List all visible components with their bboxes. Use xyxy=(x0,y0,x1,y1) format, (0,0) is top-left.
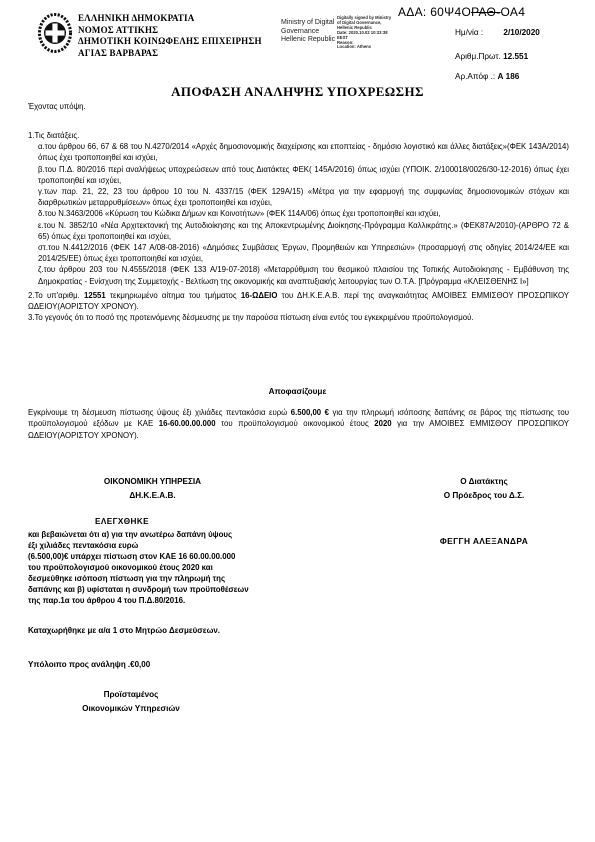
verification-line: έξι χιλιάδες πεντακόσια ευρώ xyxy=(28,540,338,551)
verification-line: δαπάνης και β) υφίσταται η συνδρομή των … xyxy=(28,584,338,595)
legal-list: 1.Τις διατάξεις. α.του άρθρου 66, 67 & 6… xyxy=(28,130,569,323)
verified-heading: ΕΛΕΓΧΘΗΚΕ xyxy=(95,517,149,526)
org-line: ΔΗΜΟΤΙΚΗ ΚΟΙΝΩΦΕΛΗΣ ΕΠΙΧΕΙΡΗΣΗ xyxy=(78,36,262,48)
balance-note: Υπόλοιπο προς ανάληψη .€0,00 xyxy=(28,660,150,669)
list-item-2: 2.Το υπ'αριθμ. 12551 τεκμηριωμένο αίτημα… xyxy=(28,290,569,312)
protocol-row: Αριθμ.Πρωτ. 12.551 xyxy=(455,52,528,61)
signer-role-line: Προϊσταμένος xyxy=(28,688,234,702)
ministry-stamp: Ministry of Digital Governance Hellenic … xyxy=(281,19,335,45)
ministry-stamp-line: Ministry of Digital xyxy=(281,19,335,28)
greek-emblem-icon xyxy=(37,12,73,54)
list-item: στ.του Ν.4412/2016 (ΦΕΚ 147 Α/08-08-2016… xyxy=(28,242,569,264)
digital-signature-text: Digitally signed by Ministry of Digital … xyxy=(337,16,409,50)
decision-number-value: Α 186 xyxy=(497,72,519,81)
page-title: ΑΠΟΦΑΣΗ ΑΝΑΛΗΨΗΣ ΥΠΟΧΡΕΩΣΗΣ xyxy=(0,84,595,100)
signer-role-line: Οικονομικών Υπηρεσιών xyxy=(28,702,234,716)
fiscal-year: 2020 xyxy=(374,419,391,428)
coat-of-arms-logo xyxy=(37,12,73,59)
digisig-line: Location: Athens xyxy=(337,45,409,50)
list-item: β.του Π.Δ. 80/2016 περί αναλήψεως υποχρε… xyxy=(28,164,569,186)
list-item: ζ.του άρθρου 203 του Ν.4555/2018 (ΦΕΚ 13… xyxy=(28,264,569,286)
list-item: α.του άρθρου 66, 67 & 68 του Ν.4270/2014… xyxy=(28,141,569,163)
ministry-stamp-line: Governance xyxy=(281,28,335,37)
ada-part: 60Ψ4Ο xyxy=(430,5,471,19)
decision-text: Εγκρίνουμε τη δέσμευση πίστωσης ύψους έξ… xyxy=(28,408,291,417)
protocol-label: Αριθμ.Πρωτ. xyxy=(455,52,501,61)
authorizing-officer-title: Ο Διατάκτης xyxy=(398,475,570,489)
verification-line: (6.500,00)€ υπάρχει πίστωση στον ΚΑΕ 16 … xyxy=(28,551,338,562)
ada-code: ΑΔΑ: 60Ψ4ΟΡΑΘ-ΟΑ4 xyxy=(398,5,525,19)
document-page: ΕΛΛΗΝΙΚΗ ΔΗΜΟΚΡΑΤΙΑ ΝΟΜΟΣ ΑΤΤΙΚΗΣ ΔΗΜΟΤΙ… xyxy=(0,0,595,842)
amount-value: 6.500,00 € xyxy=(291,408,329,417)
signer-name: ΦΕΓΓΗ ΑΛΕΞΑΝΔΡΑ xyxy=(398,536,570,546)
ministry-stamp-line: Hellenic Republic xyxy=(281,36,335,45)
date-value: 2/10/2020 xyxy=(503,28,539,37)
item2-text: τεκμηριωμένο αίτημα του τμήματος xyxy=(106,291,241,300)
item2-text: 2.Το υπ'αριθμ. xyxy=(28,291,84,300)
department-code: 16-ΩΔΕΙΟ xyxy=(241,291,278,300)
authorizing-officer-block: Ο Διατάκτης Ο Πρόεδρος του Δ.Σ. xyxy=(398,475,570,503)
decision-heading: Αποφασίζουμε xyxy=(0,387,595,396)
decision-number-label: Αρ.Απόφ .: xyxy=(455,72,495,81)
request-number: 12551 xyxy=(84,291,106,300)
protocol-value: 12.551 xyxy=(503,52,528,61)
org-line: ΕΛΛΗΝΙΚΗ ΔΗΜΟΚΡΑΤΙΑ xyxy=(78,13,262,25)
finance-dept-title: ΟΙΚΟΝΟΜΙΚΗ ΥΠΗΡΕΣΙΑ xyxy=(50,475,255,489)
decision-paragraph: Εγκρίνουμε τη δέσμευση πίστωσης ύψους έξ… xyxy=(28,407,569,441)
ada-part: ΟΑ4 xyxy=(501,5,526,19)
verification-line: του προϋπολογισμού οικονομικού έτους 202… xyxy=(28,562,338,573)
list-item-1-head: 1.Τις διατάξεις. xyxy=(28,130,569,141)
decision-text: του προϋπολογισμού οικονομικού έτους xyxy=(216,419,375,428)
finance-dept-subtitle: ΔΗ.Κ.Ε.Α.Β. xyxy=(50,489,255,503)
date-row: Ημ/νία : 2/10/2020 xyxy=(455,28,540,37)
intro-text: Έχοντας υπόψη. xyxy=(28,102,86,111)
org-line: ΑΓΙΑΣ ΒΑΡΒΑΡΑΣ xyxy=(78,48,262,60)
ada-struck-part: ΡΑΘ- xyxy=(471,5,500,19)
verification-line: και βεβαιώνεται ότι α) για την ανωτέρω δ… xyxy=(28,529,338,540)
registration-note: Καταχωρήθηκε με α/α 1 στο Μητρώο Δεσμεύσ… xyxy=(28,626,220,635)
verification-text: και βεβαιώνεται ότι α) για την ανωτέρω δ… xyxy=(28,529,338,606)
verification-line: της παρ.1α του άρθρου 4 του Π.Δ.80/2016. xyxy=(28,595,338,606)
org-line: ΝΟΜΟΣ ΑΤΤΙΚΗΣ xyxy=(78,25,262,37)
signer-role: Προϊσταμένος Οικονομικών Υπηρεσιών xyxy=(28,688,234,715)
date-label: Ημ/νία : xyxy=(455,28,483,37)
verification-line: δεσμεύθηκε ισόποση πίστωση για την πληρω… xyxy=(28,573,338,584)
ada-label: ΑΔΑ: xyxy=(398,5,427,19)
organization-header: ΕΛΛΗΝΙΚΗ ΔΗΜΟΚΡΑΤΙΑ ΝΟΜΟΣ ΑΤΤΙΚΗΣ ΔΗΜΟΤΙ… xyxy=(78,13,262,59)
authorizing-officer-subtitle: Ο Πρόεδρος του Δ.Σ. xyxy=(398,489,570,503)
decision-number-row: Αρ.Απόφ .: Α 186 xyxy=(455,72,519,81)
finance-dept-signature-block: ΟΙΚΟΝΟΜΙΚΗ ΥΠΗΡΕΣΙΑ ΔΗ.Κ.Ε.Α.Β. xyxy=(50,475,255,503)
list-item: δ.του Ν.3463/2006 «Κύρωση του Κώδικα Δήμ… xyxy=(28,208,569,219)
list-item: γ.των παρ. 21, 22, 23 του άρθρου 10 του … xyxy=(28,186,569,208)
list-item: ε.του Ν. 3852/10 «Νέα Αρχιτεκτονική της … xyxy=(28,220,569,242)
list-item-3: 3.Το γεγονός ότι το ποσό της προτεινόμεν… xyxy=(28,312,569,323)
kae-code: 16-60.00.00.000 xyxy=(159,419,216,428)
